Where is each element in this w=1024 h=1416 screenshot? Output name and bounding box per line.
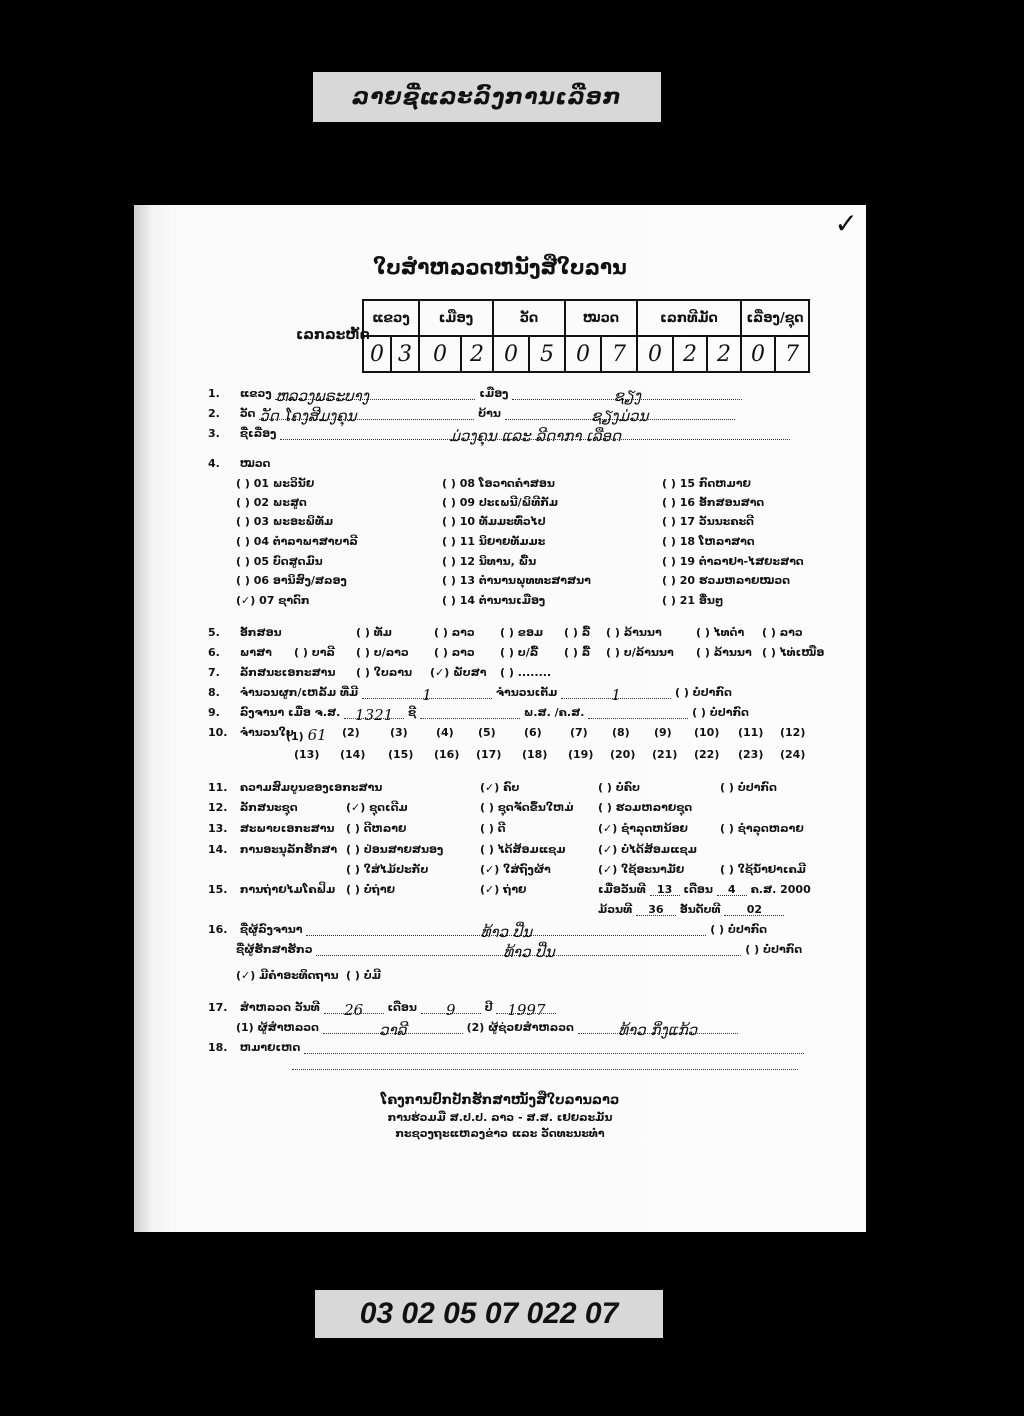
field-microfilm: 15. ການຖ່າຍໄມໂຄຟິມ — [208, 883, 335, 896]
unknown-option[interactable]: ( ) ບໍ່ປາກົດ — [745, 943, 802, 956]
footer-ministry: ກະຊວງຖະແຫລງຂ່າວ ແລະ ວັດທະນະທໍາ — [134, 1127, 866, 1140]
microfilm-day[interactable]: 13 — [650, 883, 680, 896]
leaf-count-slot: (2) — [342, 726, 360, 739]
leaf-count-slot: (14) — [340, 748, 365, 761]
script-option[interactable]: ( ) ໄທດໍາ — [696, 626, 744, 639]
prayer-option-selected[interactable]: (✓) ມີຄໍາອະທິດຖານ — [236, 969, 339, 982]
code-digit: 0 — [637, 336, 673, 372]
field-number: 5. — [208, 626, 236, 639]
field-number: 15. — [208, 883, 236, 896]
conservation-option[interactable]: ( ) ໃຊ້ນໍ້າຢາເຄມີ — [720, 863, 806, 876]
full-count-value[interactable]: 1 — [561, 686, 671, 699]
field-label: ລົງຈານາ ເມື່ອ ຈ.ສ. — [240, 706, 340, 719]
script-option[interactable]: ( ) ລ້ານນາ — [606, 626, 662, 639]
field-number: 3. — [208, 427, 236, 440]
microfilm-option-selected[interactable]: (✓) ຖ່າຍ — [480, 883, 526, 896]
field-label: ຊື່ເລື່ອງ — [240, 427, 277, 440]
leaf-count-slot: (12) — [780, 726, 805, 739]
assistant-value[interactable]: ທ້າວ ກິ່ງແກ້ວ — [578, 1021, 738, 1034]
manuscript-code-label: 03 02 05 07 022 07 — [315, 1290, 663, 1338]
category-option[interactable]: ( ) 11 ນິຍາຍທັມມະ — [442, 535, 545, 548]
microfilm-year[interactable]: 2000 — [780, 883, 811, 896]
remarks-line[interactable] — [292, 1057, 798, 1070]
leaf-count-slot: (13) — [294, 748, 319, 761]
field-surveyors: (1) ຜູ້ສໍາຫລວດ ວາລີ (2) ຜູ້ຊ່ວຍສໍາຫລວດ ທ… — [236, 1021, 738, 1034]
completeness-option[interactable]: ( ) ບໍ່ປາກົດ — [720, 781, 777, 794]
survey-day[interactable]: 26 — [324, 1001, 384, 1014]
field-label: ຊື່ຜູ້ຮັກສາຮັກວ — [236, 943, 313, 956]
code-digit: 2 — [707, 336, 741, 372]
language-option[interactable]: ( ) ໄທ່ເໜືອ — [762, 646, 824, 659]
field-label: ໝວດ — [240, 457, 271, 470]
field-donor: 16. ຊື່ຜູ້ລົງຈານາ ທ້າວ ປີ່ນ ( ) ບໍ່ປາກົດ — [208, 923, 767, 936]
form-title: ໃບສໍາຫລວດຫນັງສືໃບລານ — [134, 255, 866, 279]
code-header-district: ເມືອງ — [419, 300, 493, 336]
field-language: 6. ພາສາ — [208, 646, 272, 659]
code-label: ເລກລະຫັດ — [296, 327, 370, 343]
field-number: 11. — [208, 781, 236, 794]
leaf-count-slot: (21) — [652, 748, 677, 761]
bundle-count-value[interactable]: 1 — [362, 686, 492, 699]
manuscript-survey-form: ✓ ໃບສໍາຫລວດຫນັງສືໃບລານ ເລກລະຫັດ ແຂວງ ເມື… — [134, 205, 866, 1232]
unknown-option[interactable]: ( ) ບໍ່ປາກົດ — [692, 706, 749, 719]
field-label: ບ້ານ — [478, 407, 501, 420]
temple-value[interactable]: ວັດ ໂຄງສີມງຄຸນ — [259, 407, 474, 420]
language-option[interactable]: ( ) ລ້ານນາ — [696, 646, 752, 659]
language-option[interactable]: ( ) ລື້ — [564, 646, 590, 659]
doc-type-option[interactable]: ( ) ........ — [500, 666, 551, 679]
field-label: ພາສາ — [240, 646, 272, 659]
category-option[interactable]: ( ) 10 ທັມມະທົ່ວໄປ — [442, 515, 546, 528]
field-script: 5. ອັກສອນ — [208, 626, 282, 639]
conservation-option[interactable]: ( ) ໃສ່ໄມ້ປະກັບ — [346, 863, 428, 876]
archive-title-label: ລາຍຊື່ແລະລົງການເລືອກ — [313, 72, 661, 122]
category-option[interactable]: ( ) 16 ອັກສອນສາດ — [662, 496, 764, 509]
doc-type-option[interactable]: ( ) ໃບລານ — [356, 666, 412, 679]
category-option-selected[interactable]: (✓) 07 ຊາດົກ — [236, 594, 310, 607]
field-story-title: 3. ຊື່ເລື່ອງ ມ່ວງຄຸນ ແລະ ລີດາກາ ເລືອດ — [208, 427, 790, 440]
conservation-option-selected[interactable]: (✓) ບໍ່ໄດ້ສ້ອມແຊມ — [598, 843, 697, 856]
donor-value[interactable]: ທ້າວ ປີ່ນ — [306, 923, 706, 936]
conservation-option-selected[interactable]: (✓) ໃສ່ຖົງຜ້າ — [480, 863, 551, 876]
field-label: ຊີ — [408, 706, 416, 719]
roll-number[interactable]: 36 — [636, 903, 676, 916]
language-option[interactable]: ( ) ບ/ລ້ານນາ — [606, 646, 674, 659]
village-value[interactable]: ຊຽງມ່ວນ — [505, 407, 735, 420]
code-digit: 5 — [529, 336, 565, 372]
leaf-count-slot: (23) — [738, 748, 763, 761]
leaf-count-slot: (3) — [390, 726, 408, 739]
unknown-option[interactable]: ( ) ບໍ່ປາກົດ — [675, 686, 732, 699]
field-label: ວັດ — [240, 407, 256, 420]
field-keeper: ຊື່ຜູ້ຮັກສາຮັກວ ທ້າວ ປີ່ນ ( ) ບໍ່ປາກົດ — [236, 943, 802, 956]
code-header-bundle: ເລກທີມັດ — [637, 300, 741, 336]
field-number: 1. — [208, 387, 236, 400]
surveyor-value[interactable]: ວາລີ — [323, 1021, 463, 1034]
field-document-type: 7. ລັກສນະເອກະສານ — [208, 666, 335, 679]
code-digit: 7 — [775, 336, 809, 372]
script-option[interactable]: ( ) ຂອມ — [500, 626, 543, 639]
leaf-count-slot: (11) — [738, 726, 763, 739]
field-number: 6. — [208, 646, 236, 659]
language-option[interactable]: ( ) ລາວ — [434, 646, 475, 659]
district-value[interactable]: ຊຽງ — [512, 387, 742, 400]
field-temple: 2. ວັດ ວັດ ໂຄງສີມງຄຸນ ບ້ານ ຊຽງມ່ວນ — [208, 407, 735, 420]
category-option[interactable]: ( ) 02 ພະສູດ — [236, 496, 307, 509]
code-digit: 2 — [673, 336, 707, 372]
field-label: ເດືອນ — [387, 1001, 416, 1014]
footer-cooperation: ການຮ່ວມມື ສ.ປ.ປ. ລາວ - ສ.ສ. ເຢຍລະມັນ — [134, 1111, 866, 1124]
doc-type-option-selected[interactable]: (✓) ພັບສາ — [430, 666, 486, 679]
conservation-option[interactable]: ( ) ໄດ້ສ້ອມແຊມ — [480, 843, 566, 856]
survey-year[interactable]: 1997 — [496, 1001, 556, 1014]
leaf-count-slot: (1) 61 — [286, 726, 327, 744]
footer-project: ໂຄງການປົກປັກຮັກສາໜັງສືໃບລານລາວ — [134, 1093, 866, 1108]
code-digit: 0 — [493, 336, 529, 372]
script-option[interactable]: ( ) ທັມ — [356, 626, 392, 639]
field-number: 7. — [208, 666, 236, 679]
keeper-value[interactable]: ທ້າວ ປີ່ນ — [316, 943, 741, 956]
category-option[interactable]: ( ) 06 ອານິສົງ/ສລອງ — [236, 574, 347, 587]
order-number[interactable]: 02 — [724, 903, 784, 916]
microfilm-date: ເມື່ອວັນທີ 13 ເດືອນ 4 ຄ.ສ. 2000 — [598, 883, 811, 896]
field-label: ພ.ສ. /ຄ.ສ. — [524, 706, 585, 719]
be-ad-year-value[interactable] — [588, 706, 688, 719]
field-label: ການອະນຸລັກຮັກສາ — [240, 843, 337, 856]
category-option[interactable]: ( ) 13 ຕໍານານພຸທທະສາສນາ — [442, 574, 591, 587]
condition-option[interactable]: ( ) ດີ — [480, 822, 505, 835]
completeness-option[interactable]: ( ) ບໍ່ຄົບ — [598, 781, 640, 794]
field-inscription-date: 9. ລົງຈານາ ເມື່ອ ຈ.ສ. 1321 ຊີ ພ.ສ. /ຄ.ສ.… — [208, 706, 749, 719]
script-option[interactable]: ( ) ລື້ — [564, 626, 590, 639]
field-label: ປີ — [485, 1001, 493, 1014]
field-label: ຈໍານວນເຕັມ — [496, 686, 557, 699]
field-number: 13. — [208, 822, 236, 835]
field-label: ລັກສນະຊຸດ — [240, 801, 298, 814]
leaf-count-slot: (17) — [476, 748, 501, 761]
category-option[interactable]: ( ) 03 ພະອະພິທັມ — [236, 515, 333, 528]
leaf-count-slot: (8) — [612, 726, 630, 739]
field-number: 16. — [208, 923, 236, 936]
category-option[interactable]: ( ) 12 ນິທານ, ພື້ນ — [442, 555, 536, 568]
code-digit: 3 — [391, 336, 419, 372]
field-number: 14. — [208, 843, 236, 856]
category-option[interactable]: ( ) 19 ຕໍາລາຢາ-ໄສຍະສາດ — [662, 555, 804, 568]
field-number: 8. — [208, 686, 236, 699]
field-label: ຫມາຍເຫດ — [240, 1041, 300, 1054]
set-type-option[interactable]: ( ) ຊຸດຈັດຂຶ້ນໃຫມ່ — [480, 801, 574, 814]
code-header-temple: ວັດ — [493, 300, 565, 336]
zodiac-year-value[interactable] — [420, 706, 520, 719]
language-option[interactable]: ( ) ບ/ລື້ — [500, 646, 538, 659]
category-option[interactable]: ( ) 21 ອື່ນໆ — [662, 594, 723, 607]
field-label: ລັກສນະເອກະສານ — [240, 666, 336, 679]
field-number: 2. — [208, 407, 236, 420]
microfilm-month[interactable]: 4 — [717, 883, 747, 896]
conservation-option[interactable]: ( ) ປ່ອນສາຍສນອງ — [346, 843, 443, 856]
code-digit: 0 — [363, 336, 391, 372]
survey-month[interactable]: 9 — [421, 1001, 481, 1014]
category-option[interactable]: ( ) 05 ບົດສູດມົນ — [236, 555, 323, 568]
province-value[interactable]: ຫລວງພຣະບາງ — [275, 387, 475, 400]
field-label: (1) ຜູ້ສໍາຫລວດ — [236, 1021, 319, 1034]
category-option[interactable]: ( ) 01 ພະວິນັຍ — [236, 477, 314, 490]
script-option[interactable]: ( ) ລາວ — [434, 626, 475, 639]
field-condition: 13. ສະພາບເອກະສານ — [208, 822, 334, 835]
category-option[interactable]: ( ) 09 ປະເພນີ/ພິທີກັມ — [442, 496, 558, 509]
field-label: ເມືອງ — [479, 387, 508, 400]
microfilm-roll: ມ້ວນທີ 36 ອັນດັບທີ 02 — [598, 903, 784, 916]
code-digit: 2 — [461, 336, 493, 372]
language-option[interactable]: ( ) ບ/ລາວ — [356, 646, 409, 659]
field-label: ຈໍານວນຜູກ/ເຫລັ້ມ ທີ່ມີ — [240, 686, 358, 699]
remarks-line[interactable] — [304, 1041, 804, 1054]
leaf-count-value[interactable]: 61 — [308, 726, 327, 744]
field-number: 4. — [208, 457, 236, 470]
cs-year-value[interactable]: 1321 — [344, 706, 404, 719]
language-option[interactable]: ( ) ບາລີ — [294, 646, 335, 659]
category-option[interactable]: ( ) 14 ຕໍານານເມືອງ — [442, 594, 545, 607]
code-digit: 0 — [419, 336, 461, 372]
code-digit: 0 — [565, 336, 601, 372]
category-option[interactable]: ( ) 17 ວັນນະຄະດີ — [662, 515, 754, 528]
field-label: ສະພາບເອກະສານ — [240, 822, 335, 835]
story-title-value[interactable]: ມ່ວງຄຸນ ແລະ ລີດາກາ ເລືອດ — [280, 427, 790, 440]
leaf-count-slot: (7) — [570, 726, 588, 739]
code-digit: 0 — [741, 336, 775, 372]
leaf-count-slot: (16) — [434, 748, 459, 761]
field-number: 10. — [208, 726, 236, 739]
field-label: ການຖ່າຍໄມໂຄຟິມ — [240, 883, 336, 896]
field-completeness: 11. ຄວາມສົມບູນຂອງເອກະສານ — [208, 781, 382, 794]
leaf-count-slot: (20) — [610, 748, 635, 761]
field-number: 18. — [208, 1041, 236, 1054]
category-option[interactable]: ( ) 15 ກົດຫມາຍ — [662, 477, 751, 490]
code-header-category: ໝວດ — [565, 300, 637, 336]
leaf-count-slot: (10) — [694, 726, 719, 739]
field-label: ສໍາຫລວດ ວັນທີ — [240, 1001, 320, 1014]
condition-option-selected[interactable]: (✓) ຊໍາລຸດຫນ້ອຍ — [598, 822, 688, 835]
prayer-option[interactable]: ( ) ບໍ່ມີ — [346, 969, 381, 982]
field-label: ຄວາມສົມບູນຂອງເອກະສານ — [240, 781, 383, 794]
category-option[interactable]: ( ) 18 ໂຫລາສາດ — [662, 535, 755, 548]
microfilm-option[interactable]: ( ) ບໍ່ຖ່າຍ — [346, 883, 395, 896]
field-remarks: 18. ຫມາຍເຫດ — [208, 1041, 804, 1054]
category-option[interactable]: ( ) 20 ຮວມຫລາຍໝວດ — [662, 574, 790, 587]
leaf-count-slot: (4) — [436, 726, 454, 739]
field-category: 4. ໝວດ — [208, 457, 270, 470]
completeness-option-selected[interactable]: (✓) ຄົບ — [480, 781, 519, 794]
field-bundle-count: 8. ຈໍານວນຜູກ/ເຫລັ້ມ ທີ່ມີ 1 ຈໍານວນເຕັມ 1… — [208, 686, 732, 699]
leaf-count-slot: (24) — [780, 748, 805, 761]
field-label: ແຂວງ — [240, 387, 272, 400]
field-number: 12. — [208, 801, 236, 814]
leaf-count-slot: (9) — [654, 726, 672, 739]
code-header-province: ແຂວງ — [363, 300, 419, 336]
field-conservation: 14. ການອະນຸລັກຮັກສາ — [208, 843, 337, 856]
category-option[interactable]: ( ) 04 ຕໍາລາພາສາບາລີ — [236, 535, 358, 548]
check-mark-icon: ✓ — [835, 207, 858, 240]
condition-option[interactable]: ( ) ດີຫລາຍ — [346, 822, 406, 835]
category-option[interactable]: ( ) 08 ໂອວາດຄໍາສອນ — [442, 477, 555, 490]
field-label: (2) ຜູ້ຊ່ວຍສໍາຫລວດ — [467, 1021, 574, 1034]
code-table: ແຂວງ ເມືອງ ວັດ ໝວດ ເລກທີມັດ ເລື່ອງ/ຊຸດ 0… — [362, 299, 810, 373]
field-number: 17. — [208, 1001, 236, 1014]
set-type-option-selected[interactable]: (✓) ຊຸດເດີມ — [346, 801, 408, 814]
code-header-story: ເລື່ອງ/ຊຸດ — [741, 300, 809, 336]
field-number: 9. — [208, 706, 236, 719]
unknown-option[interactable]: ( ) ບໍ່ປາກົດ — [710, 923, 767, 936]
leaf-count-slot: (19) — [568, 748, 593, 761]
leaf-count-slot: (15) — [388, 748, 413, 761]
leaf-count-slot: (6) — [524, 726, 542, 739]
field-set-type: 12. ລັກສນະຊຸດ — [208, 801, 298, 814]
condition-option[interactable]: ( ) ຊໍາລຸດຫລາຍ — [720, 822, 804, 835]
conservation-option-selected[interactable]: (✓) ໃຊ້ອະນາມັຍ — [598, 863, 684, 876]
code-digit: 7 — [601, 336, 637, 372]
leaf-count-slot: (22) — [694, 748, 719, 761]
field-province: 1. ແຂວງ ຫລວງພຣະບາງ ເມືອງ ຊຽງ — [208, 387, 742, 400]
leaf-count-slot: (5) — [478, 726, 496, 739]
field-label: ອັກສອນ — [240, 626, 282, 639]
field-survey-date: 17. ສໍາຫລວດ ວັນທີ 26 ເດືອນ 9 ປີ 1997 — [208, 1001, 556, 1014]
leaf-count-slot: (18) — [522, 748, 547, 761]
set-type-option[interactable]: ( ) ຮວມຫລາຍຊຸດ — [598, 801, 692, 814]
field-leaf-count: 10. ຈໍານວນໃບ — [208, 726, 294, 739]
field-label: ຊື່ຜູ້ລົງຈານາ — [240, 923, 303, 936]
script-option[interactable]: ( ) ລາວ — [762, 626, 803, 639]
